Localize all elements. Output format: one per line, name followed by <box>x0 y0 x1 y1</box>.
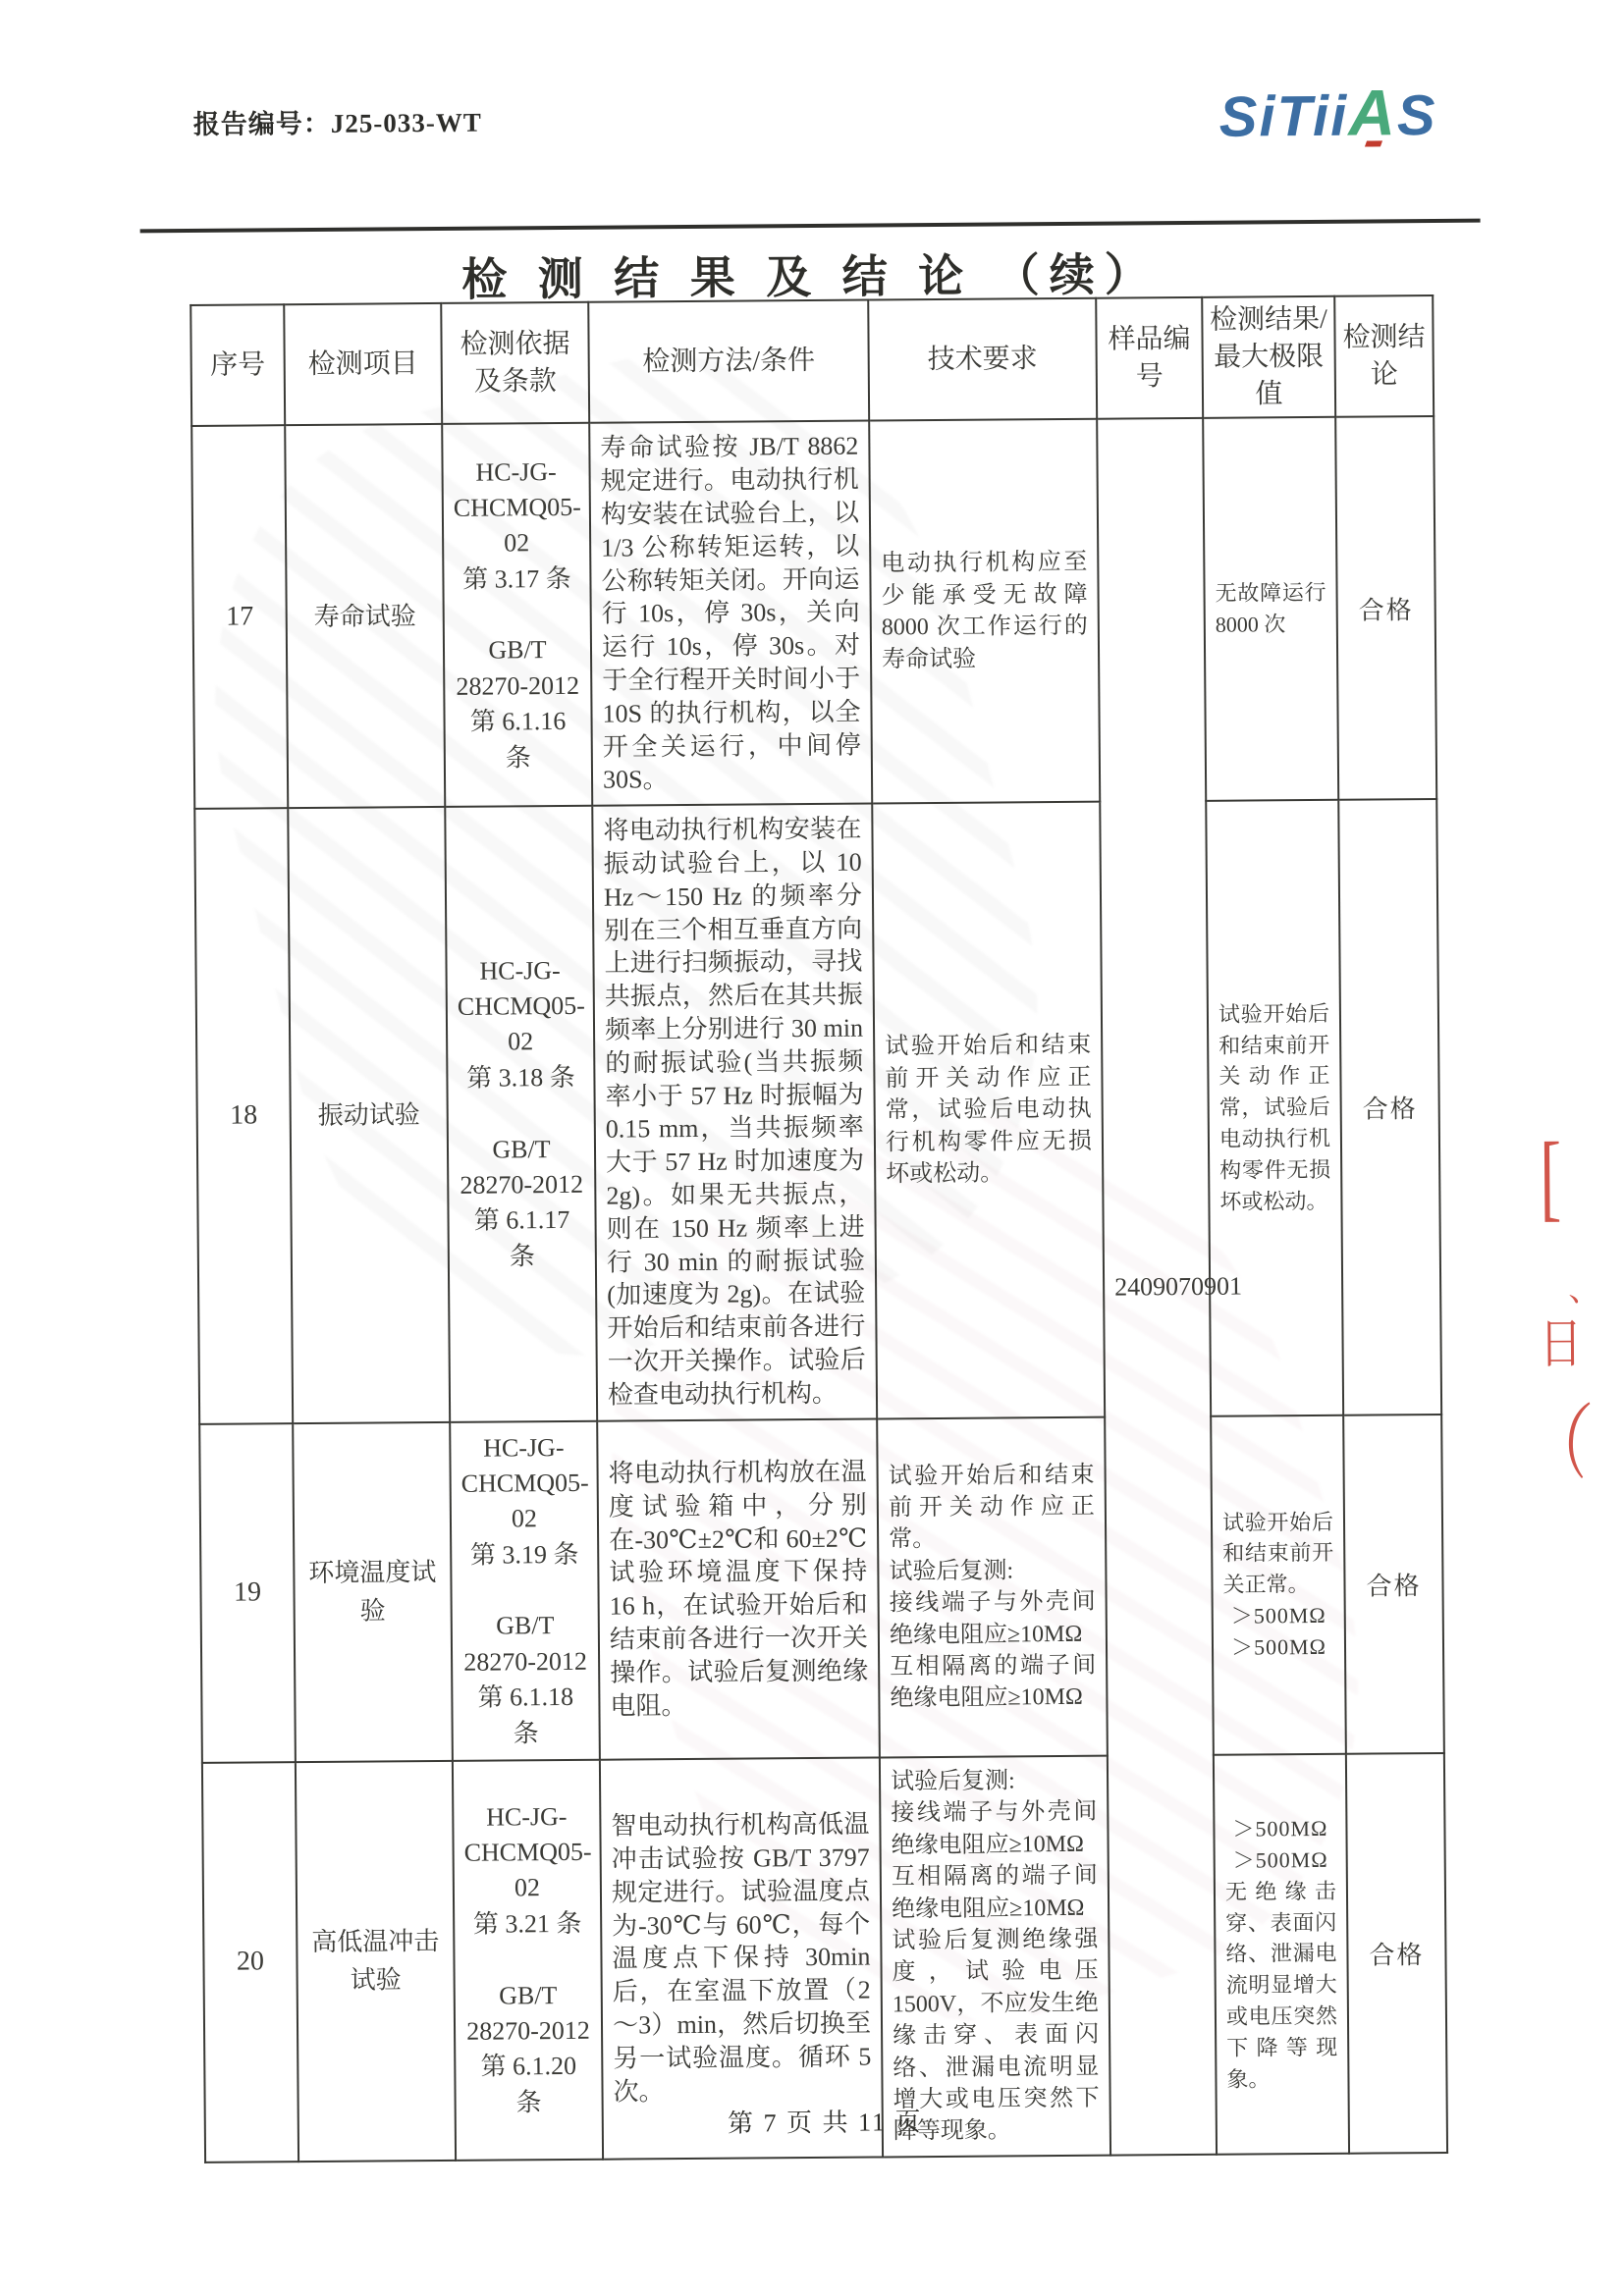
row-requirement: 电动执行机构应至少能承受无故障 8000 次工作运行的寿命试验 <box>869 419 1100 804</box>
stamp-fragment: （ <box>1525 1367 1597 1495</box>
logo-text-blue: SiTii <box>1219 84 1349 149</box>
row-conclusion: 合格 <box>1346 1753 1447 2153</box>
row-conclusion: 合格 <box>1335 416 1436 800</box>
row-item: 环境温度试验 <box>293 1421 453 1762</box>
col-header-basis: 检测依据及条款 <box>441 302 589 425</box>
result-text-post: 无绝缘击穿、表面闪络、泄漏电流明显增大或电压突然下降等现象。 <box>1225 1875 1338 2095</box>
logo-letter-green: A <box>1348 76 1397 148</box>
row-result: 试验开始后和结束前开关正常。＞500MΩ ＞500MΩ <box>1211 1415 1346 1755</box>
row-conclusion: 合格 <box>1343 1414 1444 1753</box>
row-basis: HC-JG-CHCMQ05-02 第 3.18 条 GB/T 28270-201… <box>445 806 597 1422</box>
row-method: 寿命试验按 JB/T 8862 规定进行。电动执行机构安装在试验台上，以 1/3… <box>589 421 872 806</box>
row-basis: HC-JG-CHCMQ05-02 第 3.21 条 GB/T 28270-201… <box>453 1760 603 2161</box>
row-item: 高低温冲击试验 <box>296 1761 456 2162</box>
row-basis: HC-JG-CHCMQ05-02 第 3.17 条 GB/T 28270-201… <box>442 423 592 807</box>
col-header-result: 检测结果/最大极限值 <box>1202 296 1335 418</box>
stamp-fragment: 日 <box>1539 1300 1583 1378</box>
row-method: 将电动执行机构放在温度试验箱中，分别在-30℃±2℃和 60±2℃试验环境温度下… <box>597 1418 880 1760</box>
result-values: ＞500MΩ ＞500MΩ <box>1224 1813 1335 1877</box>
row-seq: 17 <box>191 426 288 809</box>
sitiias-logo: SiTiiAS <box>1218 80 1436 146</box>
col-header-requirement: 技术要求 <box>868 298 1097 421</box>
logo-text-blue-2: S <box>1397 83 1437 147</box>
row-seq: 19 <box>199 1423 296 1763</box>
row-requirement: 试验开始后和结束前开关动作应正常。 试验后复测: 接线端子与外壳间绝缘电阻应≥1… <box>877 1416 1108 1757</box>
sample-number-cell: 2409070901 <box>1097 418 1217 2155</box>
row-conclusion: 合格 <box>1338 799 1441 1415</box>
row-result: 无故障运行 8000 次 <box>1203 417 1338 801</box>
col-header-item: 检测项目 <box>284 303 442 426</box>
row-method: 将电动执行机构安装在振动试验台上，以 10 Hz～150 Hz 的频率分别在三个… <box>592 804 877 1421</box>
table-row: 17 寿命试验 HC-JG-CHCMQ05-02 第 3.17 条 GB/T 2… <box>191 416 1436 809</box>
stamp-fragment: 、 <box>1568 1262 1601 1310</box>
header-divider <box>140 219 1481 234</box>
table-row: 19 环境温度试验 HC-JG-CHCMQ05-02 第 3.19 条 GB/T… <box>199 1414 1444 1762</box>
stamp-fragment: [ <box>1540 1122 1562 1234</box>
row-method: 智电动执行机构高低温冲击试验按 GB/T 3797 规定进行。试验温度点为-30… <box>600 1757 883 2159</box>
row-item: 寿命试验 <box>285 424 445 808</box>
result-text: 试验开始后和结束前开关动作正常，试验后电动执行机构零件无损坏或松动。 <box>1218 998 1331 1218</box>
row-seq: 20 <box>202 1762 298 2162</box>
col-header-method: 检测方法/条件 <box>588 300 869 424</box>
col-header-seq: 序号 <box>190 304 285 426</box>
row-basis: HC-JG-CHCMQ05-02 第 3.19 条 GB/T 28270-201… <box>450 1420 600 1761</box>
report-number: 报告编号：J25-033-WT <box>193 101 482 141</box>
col-header-conclusion: 检测结论 <box>1334 295 1434 417</box>
row-seq: 18 <box>194 808 293 1423</box>
document-page: 报告编号：J25-033-WT SiTiiAS 检 测 结 果 及 结 论 （续… <box>0 0 1624 2296</box>
table-header-row: 序号 检测项目 检测依据及条款 检测方法/条件 技术要求 样品编号 检测结果/最… <box>190 295 1434 426</box>
table-row: 18 振动试验 HC-JG-CHCMQ05-02 第 3.18 条 GB/T 2… <box>194 799 1441 1423</box>
col-header-sample: 样品编号 <box>1096 297 1203 419</box>
row-requirement: 试验开始后和结束前开关动作应正常，试验后电动执行机构零件应无损坏或松动。 <box>872 802 1105 1418</box>
row-result: 试验开始后和结束前开关动作正常，试验后电动执行机构零件无损坏或松动。 <box>1206 800 1343 1415</box>
test-results-table: 序号 检测项目 检测依据及条款 检测方法/条件 技术要求 样品编号 检测结果/最… <box>189 294 1448 2163</box>
result-text: 试验开始后和结束前开关正常。 <box>1222 1506 1334 1601</box>
result-values: ＞500MΩ ＞500MΩ <box>1223 1600 1334 1664</box>
row-requirement: 试验后复测: 接线端子与外壳间绝缘电阻应≥10MΩ 互相隔离的端子间绝缘电阻应≥… <box>880 1756 1110 2157</box>
result-text: 无故障运行 8000 次 <box>1215 577 1326 641</box>
row-item: 振动试验 <box>288 807 450 1423</box>
row-result: ＞500MΩ ＞500MΩ无绝缘击穿、表面闪络、泄漏电流明显增大或电压突然下降等… <box>1214 1754 1349 2155</box>
